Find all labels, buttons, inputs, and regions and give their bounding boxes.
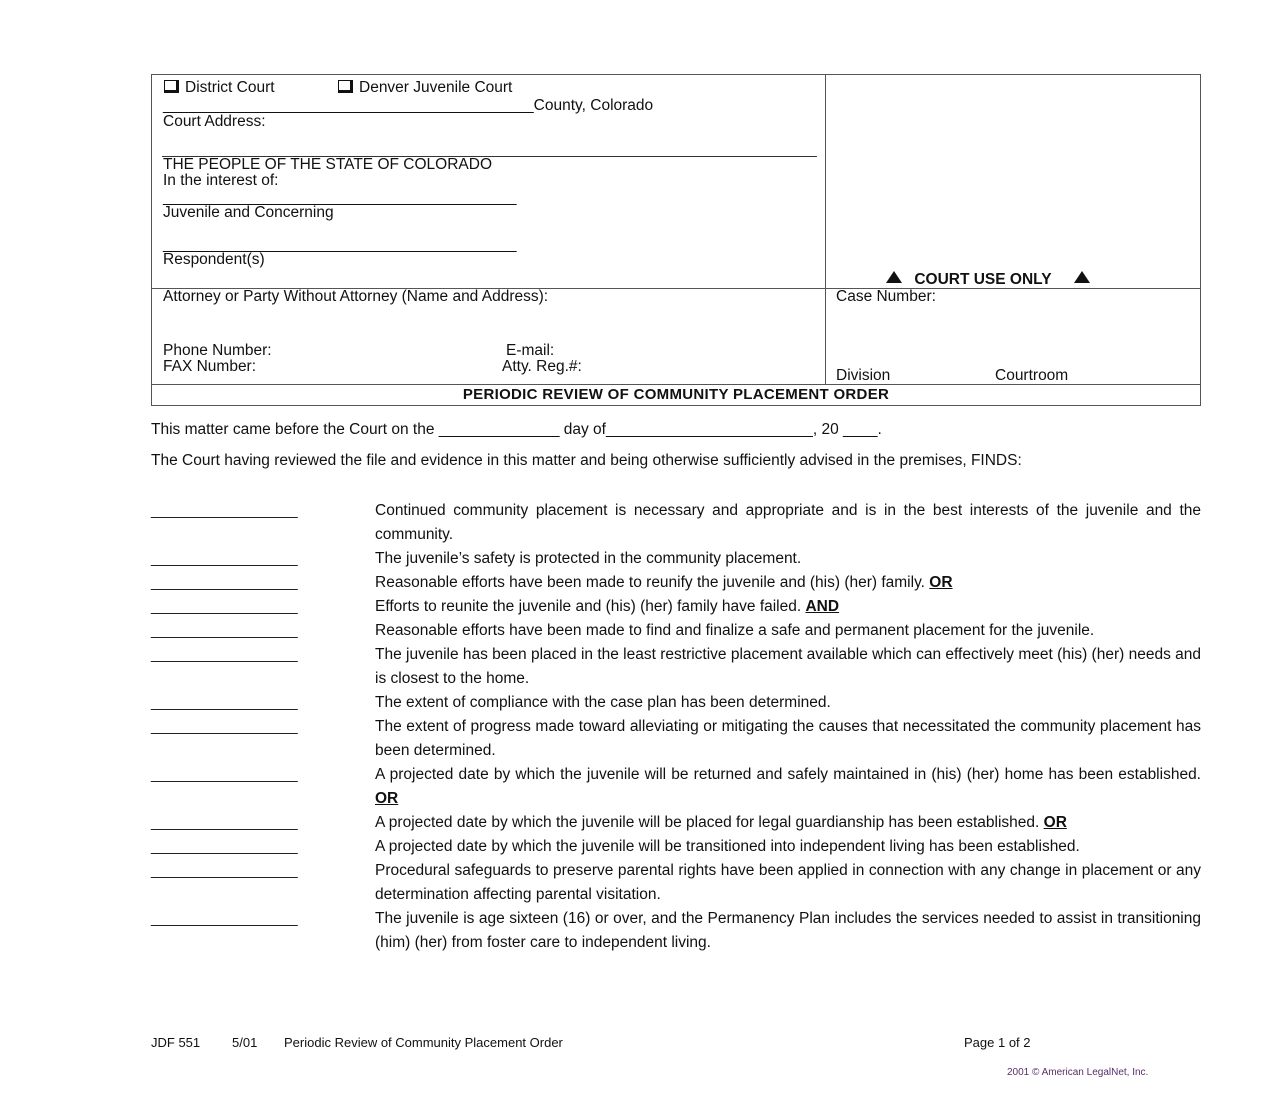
interest-label: In the interest of: [163, 172, 278, 190]
finding-item: __________________The extent of complian… [151, 691, 1201, 715]
finding-initial-field[interactable]: __________________ [151, 763, 375, 811]
finding-initial-field[interactable]: __________________ [151, 859, 375, 907]
finding-text: Reasonable efforts have been made to reu… [375, 571, 1201, 595]
finding-text: Procedural safeguards to preserve parent… [375, 859, 1201, 907]
finding-text: The extent of progress made toward allev… [375, 715, 1201, 763]
conjunction-label: AND [805, 598, 839, 615]
finding-text: The juvenile is age sixteen (16) or over… [375, 907, 1201, 955]
finding-initial-field[interactable]: __________________ [151, 547, 375, 571]
case-number-label: Case Number: [836, 288, 936, 306]
finding-text: The extent of compliance with the case p… [375, 691, 1201, 715]
finding-text: The juvenile’s safety is protected in th… [375, 547, 1201, 571]
copyright: 2001 © American LegalNet, Inc. [1007, 1067, 1148, 1078]
finding-initial-field[interactable]: __________________ [151, 499, 375, 547]
conjunction-label: OR [929, 574, 952, 591]
district-court-option[interactable]: District Court [164, 79, 275, 97]
form-date: 5/01 [232, 1035, 257, 1050]
finding-initial-field[interactable]: __________________ [151, 691, 375, 715]
caption-box: District Court Denver Juvenile Court ___… [151, 74, 1201, 406]
juvenile-label: Juvenile and Concerning [163, 204, 334, 222]
finding-initial-field[interactable]: __________________ [151, 907, 375, 955]
finding-text: Efforts to reunite the juvenile and (his… [375, 595, 1201, 619]
document-title: PERIODIC REVIEW OF COMMUNITY PLACEMENT O… [152, 385, 1200, 406]
respondent-label: Respondent(s) [163, 251, 265, 269]
finding-item: __________________A projected date by wh… [151, 763, 1201, 811]
finding-initial-field[interactable]: __________________ [151, 643, 375, 691]
finding-item: __________________Continued community pl… [151, 499, 1201, 547]
page-number: Page 1 of 2 [964, 1035, 1031, 1050]
finding-item: __________________A projected date by wh… [151, 835, 1201, 859]
finding-initial-field[interactable]: __________________ [151, 619, 375, 643]
finding-item: __________________Reasonable efforts hav… [151, 571, 1201, 595]
finding-initial-field[interactable]: __________________ [151, 595, 375, 619]
finding-item: __________________Reasonable efforts hav… [151, 619, 1201, 643]
finding-initial-field[interactable]: __________________ [151, 571, 375, 595]
triangle-up-icon [1074, 271, 1090, 283]
court-address-label: Court Address: [163, 113, 266, 131]
finding-item: __________________The juvenile has been … [151, 643, 1201, 691]
finding-item: __________________The juvenile’s safety … [151, 547, 1201, 571]
denver-juvenile-court-option[interactable]: Denver Juvenile Court [338, 79, 512, 97]
division-label: Division [836, 367, 890, 385]
finding-item: __________________Procedural safeguards … [151, 859, 1201, 907]
fax-label: FAX Number: [163, 358, 256, 376]
finding-text: A projected date by which the juvenile w… [375, 763, 1201, 811]
checkbox-icon[interactable] [164, 80, 179, 93]
finding-initial-field[interactable]: __________________ [151, 835, 375, 859]
finding-text: The juvenile has been placed in the leas… [375, 643, 1201, 691]
triangle-up-icon [886, 271, 902, 283]
finding-text: Continued community placement is necessa… [375, 499, 1201, 547]
finding-item: __________________Efforts to reunite the… [151, 595, 1201, 619]
form-id: JDF 551 [151, 1035, 200, 1050]
conjunction-label: OR [375, 790, 398, 807]
finding-text: Reasonable efforts have been made to fin… [375, 619, 1201, 643]
matter-date-line[interactable]: This matter came before the Court on the… [151, 421, 1201, 439]
checkbox-icon[interactable] [338, 80, 353, 93]
finding-initial-field[interactable]: __________________ [151, 811, 375, 835]
attorney-label: Attorney or Party Without Attorney (Name… [163, 288, 548, 306]
atty-reg-label: Atty. Reg.#: [502, 358, 582, 376]
finding-initial-field[interactable]: __________________ [151, 715, 375, 763]
form-name: Periodic Review of Community Placement O… [284, 1035, 563, 1050]
finding-text: A projected date by which the juvenile w… [375, 835, 1201, 859]
courtroom-label: Courtroom [995, 367, 1068, 385]
finding-text: A projected date by which the juvenile w… [375, 811, 1201, 835]
finding-item: __________________The extent of progress… [151, 715, 1201, 763]
findings-list: __________________Continued community pl… [151, 499, 1201, 955]
conjunction-label: OR [1044, 814, 1067, 831]
finding-item: __________________The juvenile is age si… [151, 907, 1201, 955]
finding-item: __________________A projected date by wh… [151, 811, 1201, 835]
court-use-only-label: COURT USE ONLY [886, 271, 1090, 289]
caption-divider-vertical [825, 75, 826, 384]
review-statement: The Court having reviewed the file and e… [151, 453, 1201, 469]
